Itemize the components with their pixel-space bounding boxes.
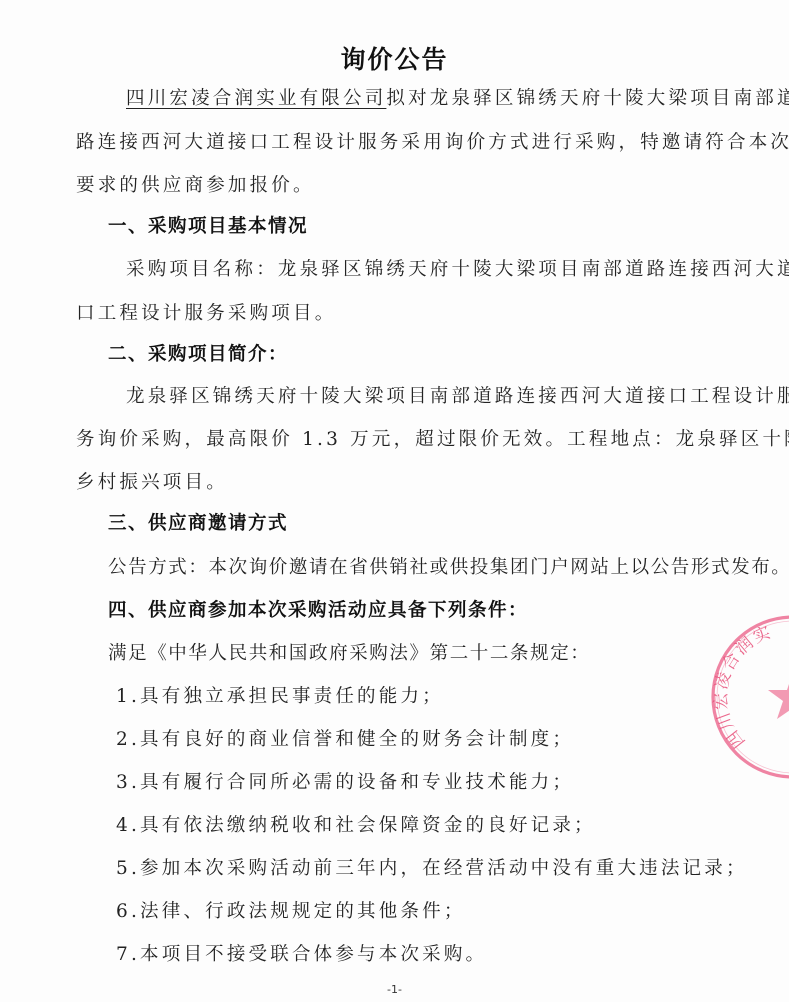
section-2-line-1: 龙泉驿区锦绣天府十陵大梁项目南部道路连接西河大道接口工程设计服	[126, 384, 786, 410]
condition-item-7: 7.本项目不接受联合体参与本次采购。	[116, 942, 776, 968]
section-1-line-2: 口工程设计服务采购项目。	[76, 301, 736, 327]
company-seal-stamp: 四川宏凌合润实	[708, 612, 789, 782]
intro-line-1: 四川宏凌合润实业有限公司拟对龙泉驿区锦绣天府十陵大梁项目南部道	[126, 86, 786, 112]
section-3-heading: 三、供应商邀请方式	[108, 511, 768, 537]
page-number: -1-	[0, 983, 789, 996]
condition-item-4: 4.具有依法缴纳税收和社会保障资金的良好记录；	[116, 813, 776, 839]
condition-item-5: 5.参加本次采购活动前三年内，在经营活动中没有重大违法记录；	[116, 856, 776, 882]
intro-line-1-rest: 拟对龙泉驿区锦绣天府十陵大梁项目南部道	[386, 88, 789, 109]
section-2-line-3: 乡村振兴项目。	[76, 470, 736, 496]
section-1-line-1: 采购项目名称：龙泉驿区锦绣天府十陵大梁项目南部道路连接西河大道接	[126, 257, 786, 283]
section-4-heading: 四、供应商参加本次采购活动应具备下列条件：	[108, 598, 768, 624]
section-2-line-2: 务询价采购，最高限价 1.3 万元，超过限价无效。工程地点：龙泉驿区十陵大梁	[76, 427, 736, 453]
intro-line-3: 要求的供应商参加报价。	[76, 173, 736, 199]
condition-item-1: 1.具有独立承担民事责任的能力；	[116, 684, 776, 710]
section-3-line-1: 公告方式：本次询价邀请在省供销社或供投集团门户网站上以公告形式发布。	[108, 555, 768, 581]
section-4-intro: 满足《中华人民共和国政府采购法》第二十二条规定：	[108, 641, 768, 667]
condition-item-2: 2.具有良好的商业信誉和健全的财务会计制度；	[116, 727, 776, 753]
condition-item-6: 6.法律、行政法规规定的其他条件；	[116, 899, 776, 925]
company-name: 四川宏凌合润实业有限公司	[126, 88, 386, 109]
condition-item-3: 3.具有履行合同所必需的设备和专业技术能力；	[116, 770, 776, 796]
section-2-heading: 二、采购项目简介：	[108, 342, 768, 368]
document-page: 询价公告 四川宏凌合润实业有限公司拟对龙泉驿区锦绣天府十陵大梁项目南部道 路连接…	[0, 0, 789, 1002]
section-1-heading: 一、采购项目基本情况	[108, 214, 768, 240]
intro-line-2: 路连接西河大道接口工程设计服务采用询价方式进行采购，特邀请符合本次采购	[76, 130, 736, 156]
document-title: 询价公告	[0, 40, 789, 76]
